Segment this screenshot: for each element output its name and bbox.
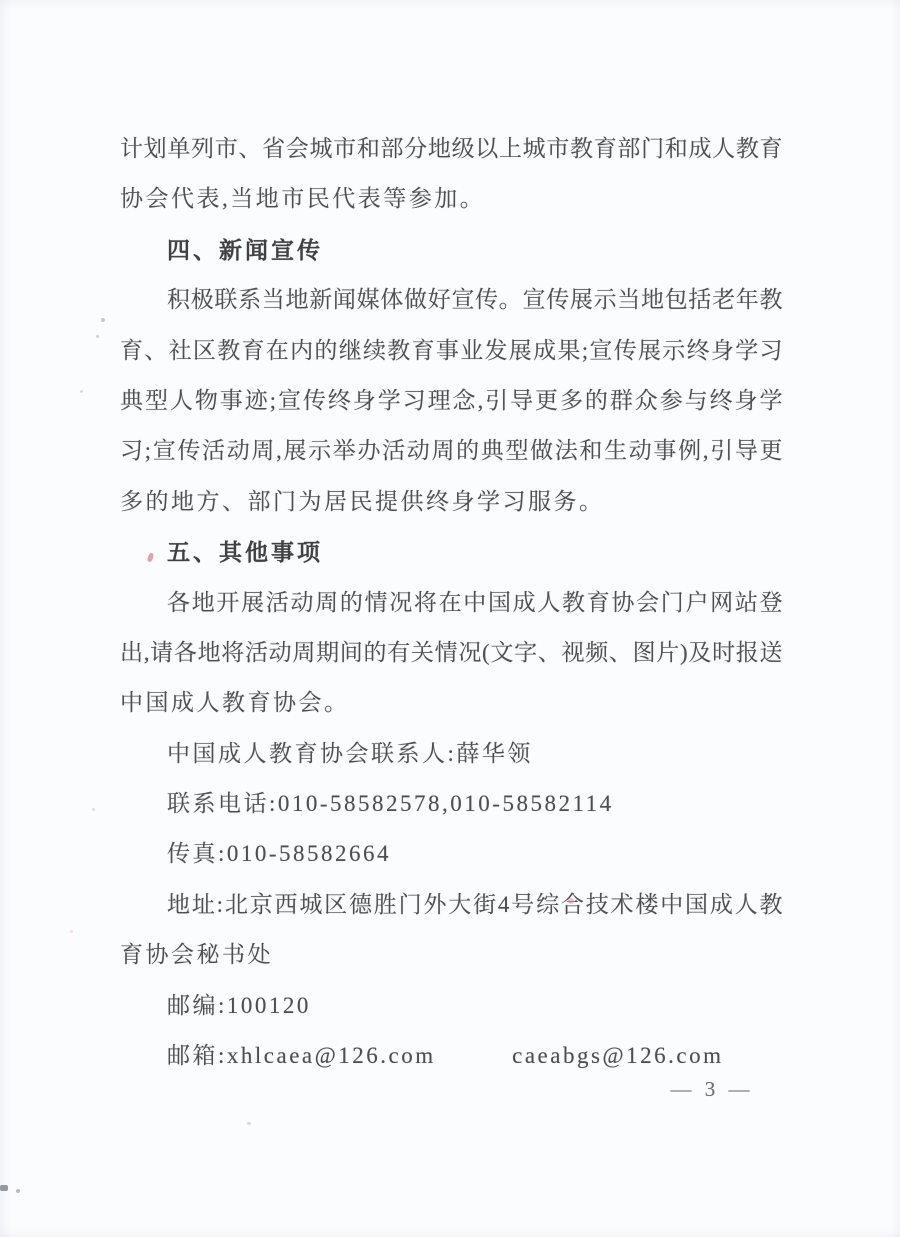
scanned-document-page: { "page": { "footer_page_number": "— 3 —… bbox=[0, 0, 900, 1237]
text-line: 各地开展活动周的情况将在中国成人教育协会门户网站登 bbox=[120, 578, 783, 628]
text-line: 地址:北京西城区德胜门外大街4号综合技术楼中国成人教 bbox=[120, 880, 783, 930]
text-line: 联系电话:010-58582578,010-58582114 bbox=[120, 779, 783, 829]
scan-speckle bbox=[96, 335, 99, 338]
text-line: 典型人物事迹;宣传终身学习理念,引导更多的群众参与终身学 bbox=[120, 376, 783, 426]
text-line: 出,请各地将活动周期间的有关情况(文字、视频、图片)及时报送 bbox=[120, 628, 783, 678]
section-heading: 四、新闻宣传 bbox=[120, 225, 783, 275]
scan-speckle bbox=[92, 808, 95, 811]
scan-speckle bbox=[247, 1122, 251, 1125]
section-heading: 五、其他事项 bbox=[120, 527, 783, 577]
scan-speckle bbox=[0, 1185, 8, 1191]
scan-speckle bbox=[16, 1189, 20, 1193]
document-body: 计划单列市、省会城市和部分地级以上城市教育部门和成人教育协会代表,当地市民代表等… bbox=[120, 124, 783, 1081]
text-line: 育、社区教育在内的继续教育事业发展成果;宣传展示终身学习的 bbox=[120, 326, 783, 376]
text-line: 中国成人教育协会。 bbox=[120, 678, 783, 728]
text-line: 育协会秘书处 bbox=[120, 930, 783, 980]
text-line: 邮编:100120 bbox=[120, 981, 783, 1031]
scan-speckle bbox=[101, 318, 105, 322]
text-line: 习;宣传活动周,展示举办活动周的典型做法和生动事例,引导更 bbox=[120, 426, 783, 476]
page-number: — 3 — bbox=[652, 1074, 772, 1104]
text-line: 传真:010-58582664 bbox=[120, 829, 783, 879]
scan-speckle bbox=[80, 390, 83, 393]
text-line: 积极联系当地新闻媒体做好宣传。宣传展示当地包括老年教 bbox=[120, 275, 783, 325]
text-line: 中国成人教育协会联系人:薛华领 bbox=[120, 729, 783, 779]
text-line: 多的地方、部门为居民提供终身学习服务。 bbox=[120, 477, 783, 527]
text-line: 协会代表,当地市民代表等参加。 bbox=[120, 174, 783, 224]
text-line: 计划单列市、省会城市和部分地级以上城市教育部门和成人教育 bbox=[120, 124, 783, 174]
scan-speckle bbox=[70, 930, 73, 933]
